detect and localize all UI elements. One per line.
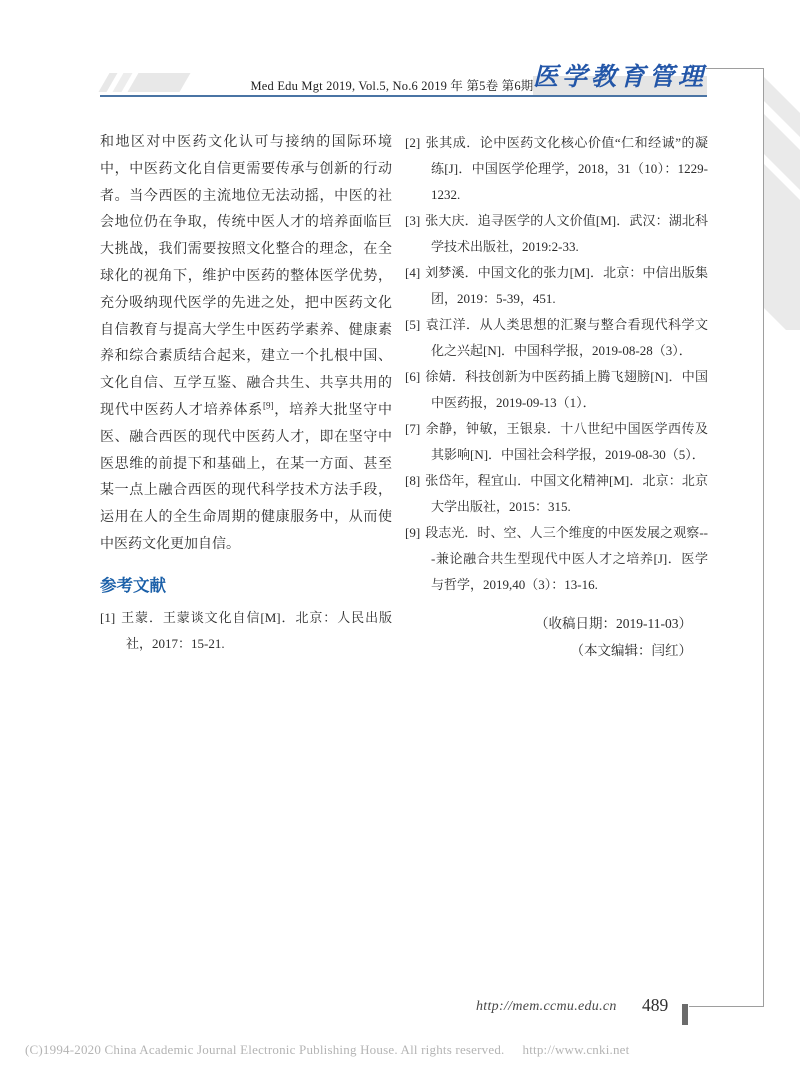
reference-text: 余静，钟敏，王银泉．十八世纪中国医学西传及其影响[N]．中国社会科学报，2019… bbox=[425, 421, 708, 462]
journal-logo: 医学教育管理 bbox=[531, 57, 709, 93]
reference-item: [9]段志光．时、空、人三个维度的中医发展之观察---兼论融合共生型现代中医人才… bbox=[405, 520, 708, 598]
copyright-line: (C)1994-2020 China Academic Journal Elec… bbox=[25, 1042, 629, 1058]
paragraph-text: ，培养大批坚守中医、融合西医的现代中医药人才，即在坚守中医思维的前提下和基础上，… bbox=[100, 403, 392, 552]
decoration-band bbox=[128, 73, 191, 92]
reference-number: [2] bbox=[405, 135, 420, 150]
bracket-border-top bbox=[706, 68, 764, 69]
reference-text: 袁江洋．从人类思想的汇聚与整合看现代科学文化之兴起[N]．中国科学报，2019-… bbox=[425, 317, 708, 358]
bracket-border-bottom bbox=[689, 1006, 764, 1007]
header-rule bbox=[100, 95, 707, 97]
reference-number: [1] bbox=[100, 610, 115, 625]
reference-number: [6] bbox=[405, 369, 420, 384]
reference-number: [3] bbox=[405, 213, 420, 228]
right-column: [2]张其成．论中医药文化核心价值“仁和经诚”的凝练[J]．中国医学伦理学，20… bbox=[405, 130, 708, 664]
article-meta: （收稿日期：2019-11-03） （本文编辑：闫红） bbox=[405, 610, 708, 664]
reference-text: 张其成．论中医药文化核心价值“仁和经诚”的凝练[J]．中国医学伦理学，2018，… bbox=[425, 135, 708, 202]
journal-page: Med Edu Mgt 2019, Vol.5, No.6 2019 年 第5卷… bbox=[0, 0, 800, 1078]
reference-text: 张岱年，程宜山．中国文化精神[M]．北京：北京大学出版社，2015：315. bbox=[425, 473, 708, 514]
paragraph-text: 和地区对中医药文化认可与接纳的国际环境中，中医药文化自信更需要传承与创新的行动者… bbox=[100, 135, 392, 418]
reference-text: 王蒙．王蒙谈文化自信[M]．北京：人民出版社，2017：15-21. bbox=[120, 610, 392, 651]
copyright-text: (C)1994-2020 China Academic Journal Elec… bbox=[25, 1042, 505, 1057]
journal-website-url: http://mem.ccmu.edu.cn bbox=[476, 999, 617, 1015]
reference-item: [4]刘梦溪．中国文化的张力[M]．北京：中信出版集团，2019：5-39，45… bbox=[405, 260, 708, 312]
reference-item: [6]徐婧．科技创新为中医药插上腾飞翅膀[N]．中国中医药报，2019-09-1… bbox=[405, 364, 708, 416]
reference-item: [1]王蒙．王蒙谈文化自信[M]．北京：人民出版社，2017：15-21. bbox=[100, 605, 392, 657]
bracket-border-right bbox=[763, 68, 764, 1006]
reference-item: [8]张岱年，程宜山．中国文化精神[M]．北京：北京大学出版社，2015：315… bbox=[405, 468, 708, 520]
reference-text: 张大庆．追寻医学的人文价值[M]．武汉：湖北科学技术出版社，2019:2-33. bbox=[425, 213, 708, 254]
body-paragraph: 和地区对中医药文化认可与接纳的国际环境中，中医药文化自信更需要传承与创新的行动者… bbox=[100, 130, 392, 559]
reference-item: [2]张其成．论中医药文化核心价值“仁和经诚”的凝练[J]．中国医学伦理学，20… bbox=[405, 130, 708, 208]
reference-item: [5]袁江洋．从人类思想的汇聚与整合看现代科学文化之兴起[N]．中国科学报，20… bbox=[405, 312, 708, 364]
page-number: 489 bbox=[642, 995, 668, 1016]
reference-text: 徐婧．科技创新为中医药插上腾飞翅膀[N]．中国中医药报，2019-09-13（1… bbox=[425, 369, 708, 410]
references-heading: 参考文献 bbox=[100, 572, 392, 596]
citation-superscript: [9] bbox=[263, 400, 274, 410]
reference-number: [8] bbox=[405, 473, 420, 488]
cnki-url: http://www.cnki.net bbox=[523, 1042, 630, 1057]
page-number-bar bbox=[682, 1004, 688, 1025]
corner-stripes-decoration bbox=[764, 68, 800, 330]
received-date: （收稿日期：2019-11-03） bbox=[405, 610, 708, 637]
diagonal-stripe bbox=[764, 164, 800, 330]
reference-item: [7]余静，钟敏，王银泉．十八世纪中国医学西传及其影响[N]．中国社会科学报，2… bbox=[405, 416, 708, 468]
reference-text: 刘梦溪．中国文化的张力[M]．北京：中信出版集团，2019：5-39，451. bbox=[425, 265, 708, 306]
reference-number: [4] bbox=[405, 265, 420, 280]
editor-note: （本文编辑：闫红） bbox=[405, 637, 708, 664]
reference-number: [5] bbox=[405, 317, 420, 332]
reference-item: [3]张大庆．追寻医学的人文价值[M]．武汉：湖北科学技术出版社，2019:2-… bbox=[405, 208, 708, 260]
reference-number: [7] bbox=[405, 421, 420, 436]
reference-text: 段志光．时、空、人三个维度的中医发展之观察---兼论融合共生型现代中医人才之培养… bbox=[425, 525, 708, 592]
reference-number: [9] bbox=[405, 525, 420, 540]
left-column: 和地区对中医药文化认可与接纳的国际环境中，中医药文化自信更需要传承与创新的行动者… bbox=[100, 130, 392, 657]
